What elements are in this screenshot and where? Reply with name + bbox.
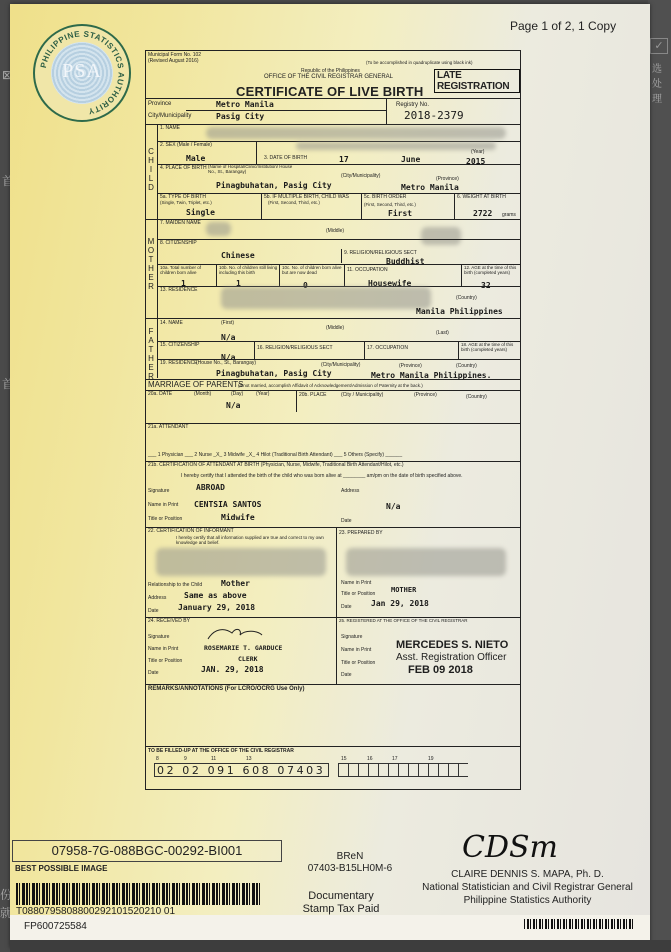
attendant-address: N/a xyxy=(386,502,400,511)
preparer-date: Jan 29, 2018 xyxy=(371,599,429,608)
fp-number: FP600725584 xyxy=(24,921,87,932)
birth-type: Single xyxy=(186,208,215,217)
certificate-title: CERTIFICATE OF LIVE BIRTH xyxy=(236,84,423,99)
mother-residence-tail: Manila Philippines xyxy=(416,307,503,316)
psa-seal: PHILIPPINE STATISTICS AUTHORITY PSA xyxy=(33,24,131,122)
birth-order: First xyxy=(388,209,412,218)
receiver-title: CLERK xyxy=(238,655,258,663)
empty-code-boxes xyxy=(338,763,468,777)
late-registration-stamp: LATE REGISTRATION xyxy=(434,69,520,93)
check-icon[interactable]: ✓ xyxy=(650,38,668,54)
attendant-signature: ABROAD xyxy=(196,483,225,492)
father-residence: Pinagbuhatan, Pasig City xyxy=(216,369,332,378)
redacted-preparer xyxy=(346,548,506,576)
redacted-mother-name xyxy=(206,222,231,236)
viewer-right-label: 选处理 xyxy=(652,60,671,105)
viewer-right-panel xyxy=(648,0,671,952)
preparer-title: MOTHER xyxy=(391,586,416,594)
seal-psa-text: PSA xyxy=(51,60,113,83)
form-instruction: (To be accomplished in quadruplicate usi… xyxy=(366,60,473,65)
registrar-name-stamp: MERCEDES S. NIETO xyxy=(396,639,508,651)
mother-citizenship: Chinese xyxy=(221,251,255,260)
barcode-number: T0880795808800292101520210 01 xyxy=(16,906,175,917)
stamp-tax-block: Documentary Stamp Tax Paid xyxy=(295,890,387,916)
secondary-barcode xyxy=(524,919,634,929)
registrar-title-stamp: Asst. Registration Officer xyxy=(396,652,506,663)
birth-place: Pinagbuhatan, Pasig City xyxy=(216,181,332,190)
best-image-label: BEST POSSIBLE IMAGE xyxy=(15,864,107,873)
birth-province: Metro Manila xyxy=(401,183,459,192)
receiver-name: ROSEMARIE T. GARDUCE xyxy=(204,644,282,652)
section-label-father: FATHER xyxy=(146,327,156,381)
form-revised: (Revised August 2016) xyxy=(148,58,199,64)
section-label-child: CHILD xyxy=(146,147,156,192)
child-sex: Male xyxy=(186,154,205,163)
informant-address: Same as above xyxy=(184,591,247,600)
national-statistician-signature: CDSm xyxy=(462,830,558,865)
birth-month: June xyxy=(401,155,420,164)
barcode xyxy=(16,883,262,905)
control-number-box: 07958-7G-088BGC-00292-BI001 xyxy=(12,840,282,862)
page-indicator: Page 1 of 2, 1 Copy xyxy=(510,19,616,33)
bren-block: BReN 07403-B15LH0M-6 xyxy=(300,851,400,875)
birth-weight: 2722 xyxy=(473,209,492,218)
informant-date: January 29, 2018 xyxy=(178,603,255,612)
birth-certificate-form: Municipal Form No. 102 (Revised August 2… xyxy=(145,50,521,790)
seal-center: PSA xyxy=(51,42,113,104)
informant-relationship: Mother xyxy=(221,579,250,588)
registry-number: 2018-2379 xyxy=(404,109,464,122)
redacted-child-name xyxy=(206,127,506,139)
birth-day: 17 xyxy=(339,155,349,164)
official-block: CLAIRE DENNIS S. MAPA, Ph. D. National S… xyxy=(420,868,635,907)
province-value: Metro Manila xyxy=(216,100,274,109)
registrar-date-stamp: FEB 09 2018 xyxy=(408,664,473,676)
scan-shadow xyxy=(10,940,671,952)
attendant-options: ___ 1 Physician ___ 2 Nurse _X_ 3 Midwif… xyxy=(148,453,402,459)
registrar-code-boxes: 02 02 091 608 07403 xyxy=(154,763,329,777)
city-value: Pasig City xyxy=(216,112,264,121)
marriage-heading: MARRIAGE OF PARENTS xyxy=(148,381,243,390)
section-label-mother: MOTHER xyxy=(146,237,156,291)
office-label: OFFICE OF THE CIVIL REGISTRAR GENERAL xyxy=(264,74,393,80)
received-signature-scribble xyxy=(206,625,266,643)
attendant-name: CENTSIA SANTOS xyxy=(194,500,261,509)
attendant-title: Midwife xyxy=(221,513,255,522)
marriage-date: N/a xyxy=(226,401,240,410)
receiver-date: JAN. 29, 2018 xyxy=(201,665,264,674)
redacted-informant xyxy=(156,548,326,576)
redacted-mother-residence xyxy=(221,287,431,309)
